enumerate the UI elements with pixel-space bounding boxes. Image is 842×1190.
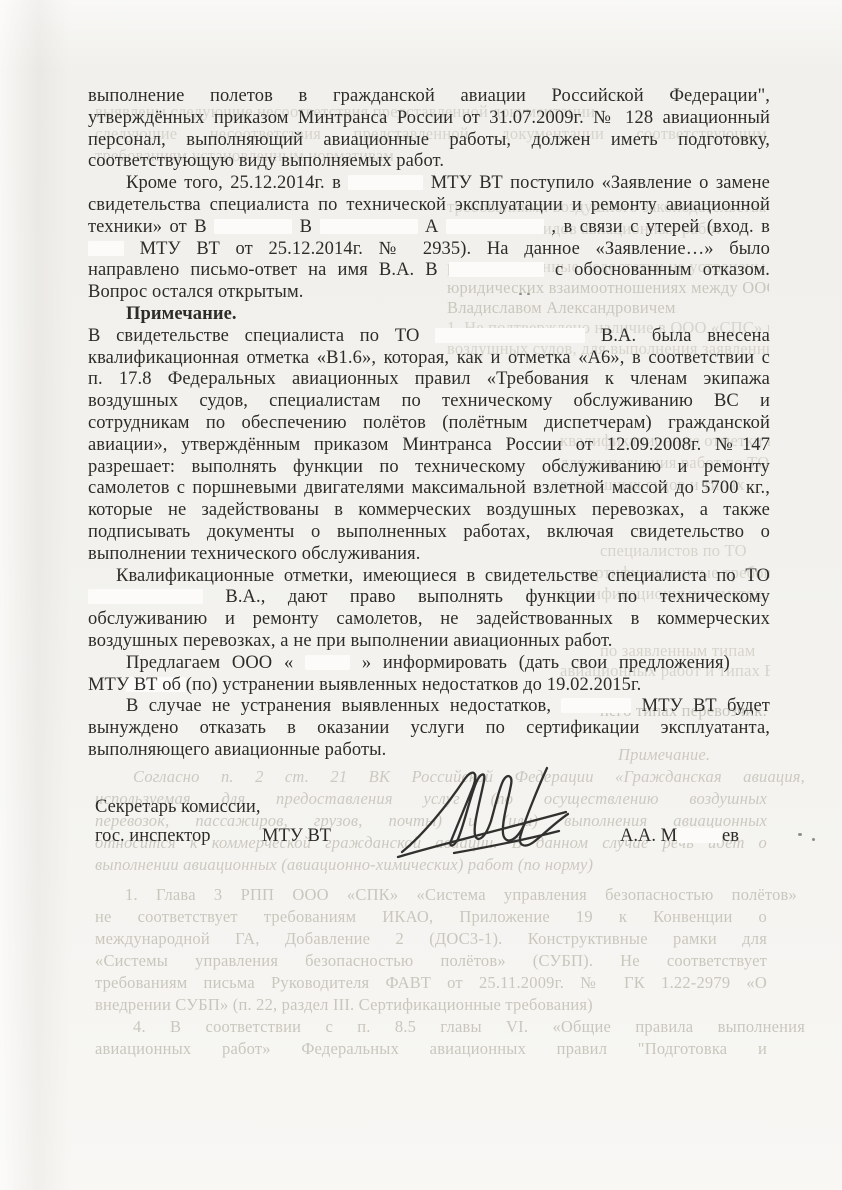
text-line: МТУ ВТ от 25.12.2014г. № 2935). На данно… xyxy=(88,239,770,261)
redaction-patch xyxy=(305,655,350,670)
text-line: соответствующую виду выполняемых работ. xyxy=(88,151,770,173)
text-segment: подписывать документы о выполненных рабо… xyxy=(88,522,770,542)
text-line: квалификационная отметка «В1.6», которая… xyxy=(88,348,770,370)
text-segment: МТУ ВТ об (по) устранении выявленных нед… xyxy=(88,675,641,695)
scan-left-edge-shading xyxy=(0,0,70,1190)
text-segment: » информировать (дать свои предложения) xyxy=(362,653,730,673)
scan-speck xyxy=(519,293,522,295)
text-segment: п. 17.8 Федеральных авиационных правил «… xyxy=(88,369,770,389)
text-line: сотрудникам по обеспечению полётов (полё… xyxy=(88,413,770,435)
bleedthrough-line: требованиям письма Руководителя ФАВТ от … xyxy=(95,972,767,993)
redaction-patch xyxy=(214,219,292,234)
text-segment: В случае не устранения выявленных недост… xyxy=(126,696,551,716)
bleedthrough-line: международной ГА, Добавление 2 (ДОС3-1).… xyxy=(95,928,767,949)
text-line: Предлагаем ООО « » информировать (дать с… xyxy=(88,653,770,675)
bleedthrough-line: внедрении СУБП» (п. 22, раздел III. Серт… xyxy=(95,994,767,1015)
text-line: свидетельства специалиста по технической… xyxy=(88,195,770,217)
text-line: подписывать документы о выполненных рабо… xyxy=(88,522,770,544)
text-segment: выполнение полетов в гражданской авиации… xyxy=(88,86,770,106)
text-segment: , в связи с утерей (вход. в xyxy=(551,217,770,237)
text-segment: сотрудникам по обеспечению полётов (полё… xyxy=(88,413,770,433)
text-segment: направлено письмо-ответ на имя В.А. В xyxy=(88,260,438,280)
text-line: В свидетельстве специалиста по ТО В.А. б… xyxy=(88,326,770,348)
text-line: утверждённых приказом Минтранса России о… xyxy=(88,108,770,130)
scan-speck xyxy=(798,833,802,836)
signatory-role-line2: гос. инспектор xyxy=(95,826,211,847)
text-segment: воздушных перевозках, а не при выполнени… xyxy=(88,631,613,651)
scan-top-shading xyxy=(0,0,842,70)
signatory-name: А.А. Мев xyxy=(620,826,739,847)
text-segment: МТУ ВТ от 25.12.2014г. № 2935). На данно… xyxy=(140,239,770,259)
text-line: техники» от В В А , в связи с утерей (вх… xyxy=(88,217,770,239)
redaction-patch xyxy=(446,219,544,234)
text-line: В.А., дают право выполнять функции по те… xyxy=(88,587,770,609)
redaction-patch xyxy=(677,828,722,843)
text-segment: техники» от В xyxy=(88,217,207,237)
text-line: выполняющего авиационные работы. xyxy=(88,740,770,762)
text-segment: квалификационная отметка «В1.6», которая… xyxy=(88,348,770,368)
signatory-role-line1: Секретарь комиссии, xyxy=(95,797,260,818)
redaction-patch xyxy=(449,262,544,277)
text-segment: воздушных судов, специалистам по техниче… xyxy=(88,391,770,411)
text-segment: разрешает: выполнять функции по техничес… xyxy=(88,457,770,477)
text-segment: МТУ ВТ поступило «Заявление о замене xyxy=(431,173,770,193)
text-segment: Предлагаем ООО « xyxy=(126,653,293,673)
text-line: Кроме того, 25.12.2014г. в МТУ ВТ поступ… xyxy=(88,173,770,195)
text-line: Вопрос остался открытым. xyxy=(88,282,770,304)
text-line: воздушных перевозках, а не при выполнени… xyxy=(88,631,770,653)
text-line: которые не задействованы в коммерческих … xyxy=(88,500,770,522)
text-line: персонал, выполняющий авиационные работы… xyxy=(88,130,770,152)
text-line: выполнении технического обслуживания. xyxy=(88,544,770,566)
text-segment: соответствующую виду выполняемых работ. xyxy=(88,151,444,171)
text-segment: Кроме того, 25.12.2014г. в xyxy=(126,173,341,193)
redaction-patch xyxy=(435,328,585,343)
bleedthrough-line: «Системы управления безопасностью полёто… xyxy=(95,950,767,971)
text-segment: вынуждено отказать в оказании услуги по … xyxy=(88,718,770,738)
text-segment: обслуживанию и ремонту самолетов, не зад… xyxy=(88,609,770,629)
redaction-patch xyxy=(88,241,124,256)
text-segment: авиации», утверждённым приказом Минтранс… xyxy=(88,435,770,455)
text-segment: Вопрос остался открытым. xyxy=(88,282,303,302)
redaction-patch xyxy=(561,698,631,713)
bleedthrough-line: авиационных работ» Федеральных авиационн… xyxy=(95,1038,767,1059)
bleedthrough-line: 4. В соответствии с п. 8.5 главы VI. «Об… xyxy=(95,1016,805,1037)
redaction-patch xyxy=(88,589,203,604)
text-line: обслуживанию и ремонту самолетов, не зад… xyxy=(88,609,770,631)
text-line: вынуждено отказать в оказании услуги по … xyxy=(88,718,770,740)
signatory-organization: МТУ ВТ xyxy=(262,826,331,847)
text-line: выполнение полетов в гражданской авиации… xyxy=(88,86,770,108)
bleedthrough-line: не соответствует требованиям ИКАО, Прило… xyxy=(95,906,767,927)
text-segment: МТУ ВТ будет xyxy=(642,696,770,716)
text-line: Квалификационные отметки, имеющиеся в св… xyxy=(88,566,770,588)
redaction-patch xyxy=(348,175,423,190)
text-line: Примечание. xyxy=(88,304,770,326)
text-segment: В.А., дают право выполнять функции по те… xyxy=(225,587,770,607)
text-segment: персонал, выполняющий авиационные работы… xyxy=(88,130,770,150)
text-segment: выполняющего авиационные работы. xyxy=(88,740,386,760)
text-segment: которые не задействованы в коммерческих … xyxy=(88,500,770,520)
scan-speck xyxy=(527,293,530,295)
text-segment: с обоснованным отказом. xyxy=(555,260,770,280)
text-segment: А xyxy=(425,217,438,237)
text-segment: В.А. была внесена xyxy=(601,326,770,346)
text-segment: выполнении технического обслуживания. xyxy=(88,544,420,564)
text-line: МТУ ВТ об (по) устранении выявленных нед… xyxy=(88,675,770,697)
text-line: п. 17.8 Федеральных авиационных правил «… xyxy=(88,369,770,391)
bleedthrough-line: 1. Глава 3 РПП ООО «СПК» «Система управл… xyxy=(95,884,797,905)
text-line: воздушных судов, специалистам по техниче… xyxy=(88,391,770,413)
scan-speck xyxy=(812,838,815,841)
scanned-document-page: выявлены следующие несоответствия предст… xyxy=(0,0,842,1190)
text-line: разрешает: выполнять функции по техничес… xyxy=(88,457,770,479)
text-segment: В xyxy=(300,217,312,237)
text-segment: самолетов с поршневыми двигателями макси… xyxy=(88,478,770,498)
text-line: направлено письмо-ответ на имя В.А. В с … xyxy=(88,260,770,282)
text-line: авиации», утверждённым приказом Минтранс… xyxy=(88,435,770,457)
signatory-name-left: А.А. М xyxy=(620,826,677,846)
text-line: В случае не устранения выявленных недост… xyxy=(88,696,770,718)
redaction-patch xyxy=(320,219,418,234)
text-segment: свидетельства специалиста по технической… xyxy=(88,195,770,215)
text-segment: Квалификационные отметки, имеющиеся в св… xyxy=(116,566,770,586)
text-line: самолетов с поршневыми двигателями макси… xyxy=(88,478,770,500)
text-segment: утверждённых приказом Минтранса России о… xyxy=(88,108,770,128)
text-segment: Примечание. xyxy=(126,304,237,324)
signatory-name-right: ев xyxy=(722,826,739,846)
text-segment: В свидетельстве специалиста по ТО xyxy=(88,326,419,346)
signature-scribble xyxy=(396,760,606,870)
